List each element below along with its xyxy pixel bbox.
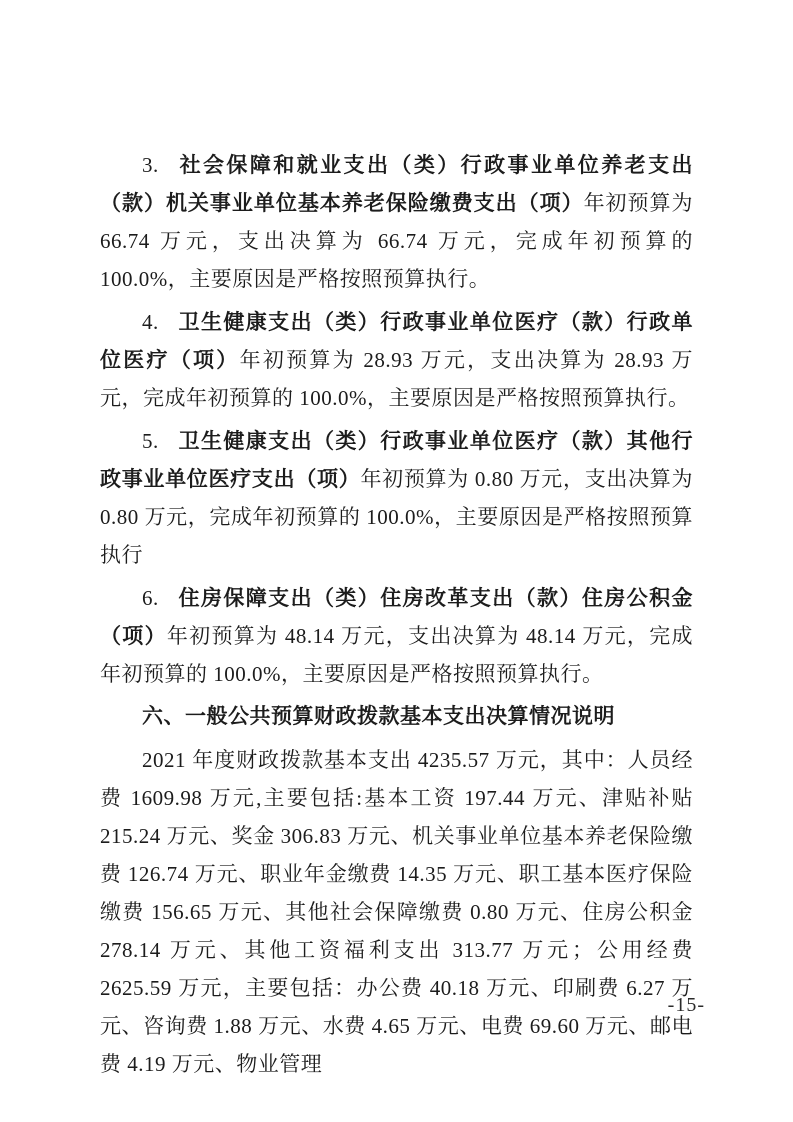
section-body-paragraph: 2021 年度财政拨款基本支出 4235.57 万元，其中：人员经费 1609.… (100, 741, 693, 1083)
item-number: 5. (142, 429, 159, 453)
item-number: 3. (142, 153, 159, 177)
page-number: -15- (668, 994, 705, 1017)
page-content: 3.社会保障和就业支出（类）行政事业单位养老支出（款）机关事业单位基本养老保险缴… (100, 146, 693, 1083)
section-heading: 六、一般公共预算财政拨款基本支出决算情况说明 (100, 698, 693, 736)
document-page: 3.社会保障和就业支出（类）行政事业单位养老支出（款）机关事业单位基本养老保险缴… (0, 0, 793, 1122)
item-budget-detail: 年初预算为 48.14 万元，支出决算为 48.14 万元，完成年初预算的 10… (100, 624, 693, 686)
expense-item-4: 4.卫生健康支出（类）行政事业单位医疗（款）行政单位医疗（项）年初预算为 28.… (100, 303, 693, 417)
item-number: 4. (142, 310, 159, 334)
expense-item-5: 5.卫生健康支出（类）行政事业单位医疗（款）其他行政事业单位医疗支出（项）年初预… (100, 422, 693, 574)
item-number: 6. (142, 586, 159, 610)
expense-item-6: 6.住房保障支出（类）住房改革支出（款）住房公积金（项）年初预算为 48.14 … (100, 579, 693, 693)
expense-item-3: 3.社会保障和就业支出（类）行政事业单位养老支出（款）机关事业单位基本养老保险缴… (100, 146, 693, 298)
